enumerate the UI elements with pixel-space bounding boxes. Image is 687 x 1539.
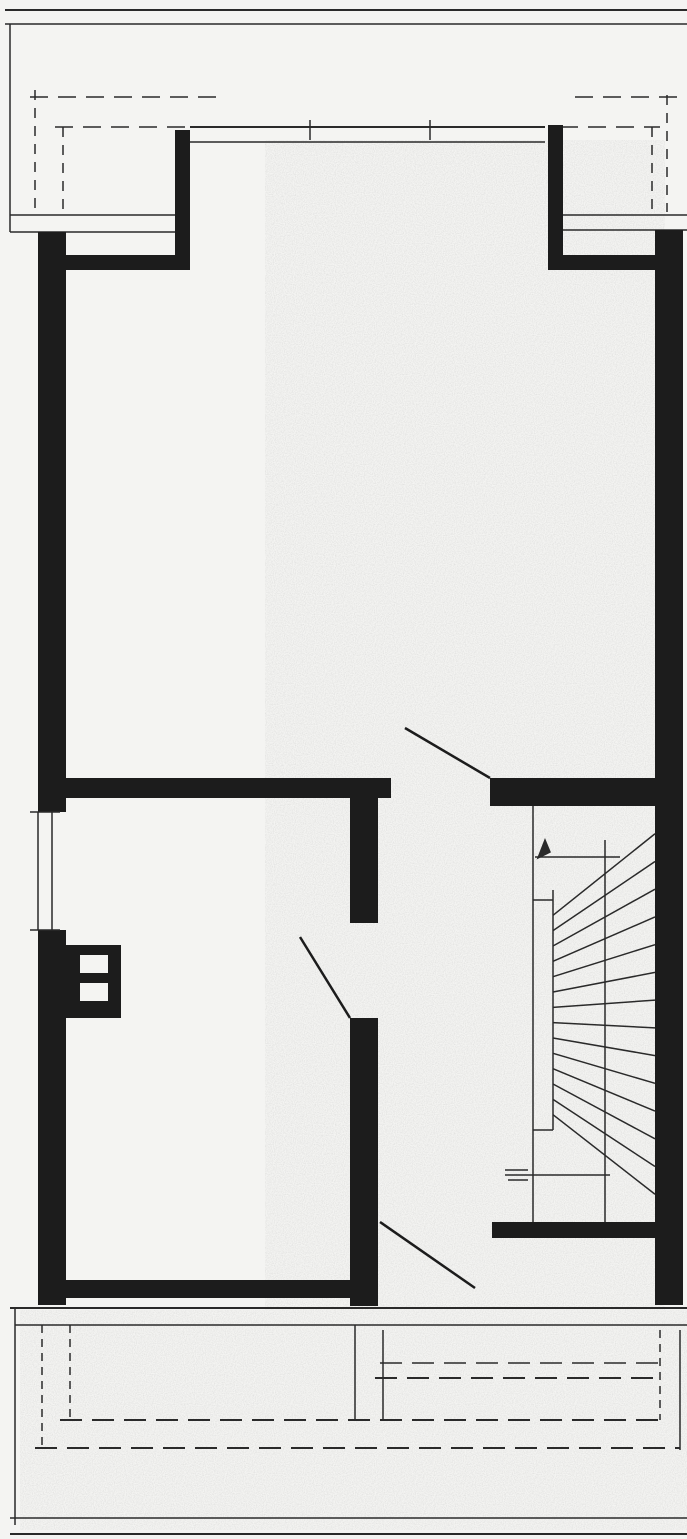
floor-plan <box>0 0 687 1539</box>
partition-wall-corridor-upper <box>350 778 378 923</box>
partition-wall-stair-top <box>490 778 655 806</box>
partition-wall-corridor-lower <box>350 1018 378 1306</box>
exterior-wall-left-lower <box>38 930 66 1305</box>
exterior-wall-left-upper <box>38 232 66 812</box>
chimney-flue <box>66 945 121 1018</box>
partition-wall-bottom-room <box>66 1280 356 1298</box>
front-bay-wall-right-return <box>548 255 658 270</box>
partition-wall-upper <box>66 778 391 798</box>
front-bay-wall-left <box>175 130 190 270</box>
exterior-wall-right <box>655 230 683 1305</box>
stair-landing-wall <box>492 1222 655 1238</box>
front-bay-wall-right <box>548 125 563 270</box>
